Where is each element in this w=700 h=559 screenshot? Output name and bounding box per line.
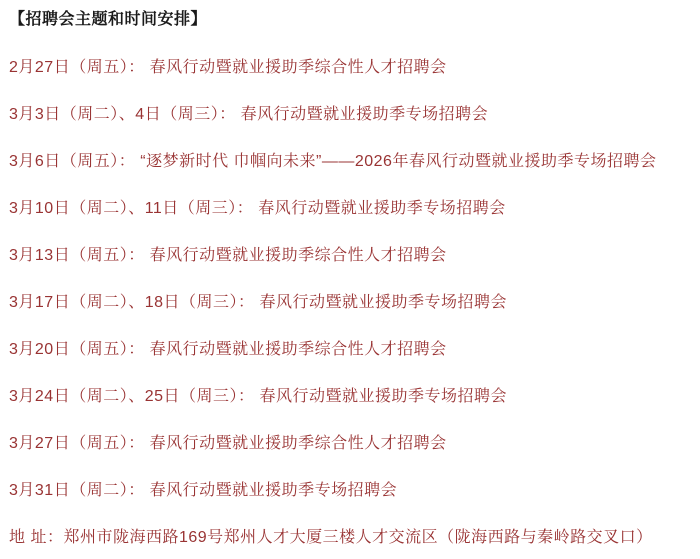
schedule-line: 3月6日（周五）： “逐梦新时代 巾帼向未来”——2026年春风行动暨就业援助季… [9, 151, 690, 172]
address-label: 地 址： [9, 529, 63, 546]
address-line: 地 址：郑州市陇海西路169号郑州人才大厦三楼人才交流区（陇海西路与秦岭路交叉口… [9, 527, 690, 548]
schedule-line: 3月3日（周二）、4日（周三）： 春风行动暨就业援助季专场招聘会 [9, 104, 690, 125]
schedule-line: 3月31日（周二）： 春风行动暨就业援助季专场招聘会 [9, 480, 690, 501]
article-body: 【招聘会主题和时间安排】 2月27日（周五）： 春风行动暨就业援助季综合性人才招… [0, 0, 700, 559]
schedule-line: 2月27日（周五）： 春风行动暨就业援助季综合性人才招聘会 [9, 57, 690, 78]
schedule-line: 3月10日（周二）、11日（周三）： 春风行动暨就业援助季专场招聘会 [9, 198, 690, 219]
schedule-line: 3月13日（周五）： 春风行动暨就业援助季综合性人才招聘会 [9, 245, 690, 266]
address-text: 郑州市陇海西路169号郑州人才大厦三楼人才交流区（陇海西路与秦岭路交叉口） [63, 529, 652, 546]
schedule-line: 3月20日（周五）： 春风行动暨就业援助季综合性人才招聘会 [9, 339, 690, 360]
schedule-line: 3月17日（周二）、18日（周三）： 春风行动暨就业援助季专场招聘会 [9, 292, 690, 313]
schedule-line: 3月24日（周二）、25日（周三）： 春风行动暨就业援助季专场招聘会 [9, 386, 690, 407]
section-title: 【招聘会主题和时间安排】 [9, 9, 690, 30]
schedule-line: 3月27日（周五）： 春风行动暨就业援助季综合性人才招聘会 [9, 433, 690, 454]
